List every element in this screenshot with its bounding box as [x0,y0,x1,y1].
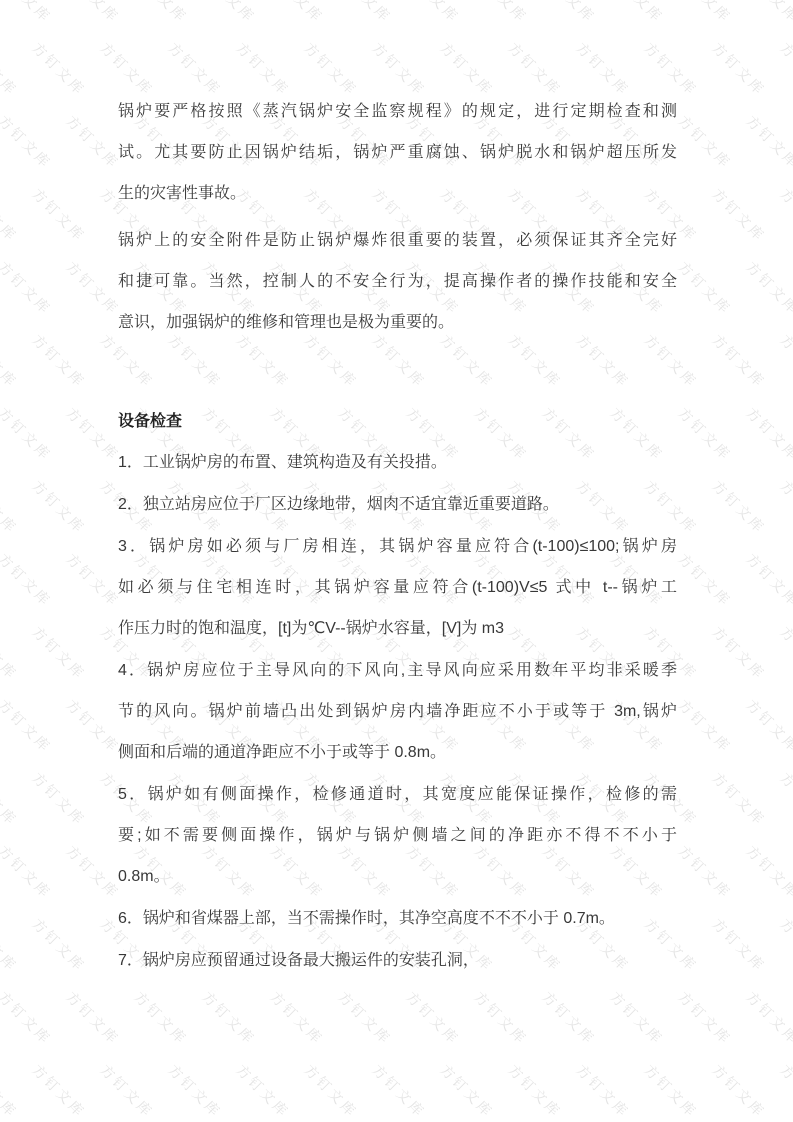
watermark-text: 方钉文库 [606,0,668,27]
text-line: 意识，加强锅炉的维修和管理也是极为重要的。 [118,302,677,343]
watermark-text: 方钉文库 [232,1060,294,1122]
list-item: 7．锅炉房应预留通过设备最大搬运件的安装孔洞， [118,940,677,981]
list-item: 2．独立站房应位于厂区边缘地带，烟肉不适宜靠近重要道路。 [118,484,677,525]
watermark-text: 方钉文库 [708,476,770,538]
watermark-text: 方钉文库 [0,184,22,246]
watermark-text: 方钉文库 [708,622,770,684]
paragraph: 锅炉上的安全附件是防止锅炉爆炸很重要的装置，必须保证其齐全完好和捷可靠。当然，控… [118,220,677,343]
watermark-text: 方钉文库 [28,38,90,100]
text-line: 2．独立站房应位于厂区边缘地带，烟肉不适宜靠近重要道路。 [118,484,677,525]
watermark-text: 方钉文库 [0,768,22,830]
watermark-text: 方钉文库 [28,476,90,538]
text-line: 节的风向。锅炉前墙凸出处到锅炉房内墙净距应不小于或等于 3m,锅炉 [118,691,677,732]
text-line: 侧面和后端的通道净距应不小于或等于 0.8m。 [118,732,677,773]
watermark-text: 方钉文库 [0,0,56,27]
watermark-text: 方钉文库 [742,111,793,173]
watermark-text: 方钉文库 [776,330,793,392]
watermark-text: 方钉文库 [776,38,793,100]
watermark-text: 方钉文库 [742,987,793,1049]
watermark-text: 方钉文库 [674,841,736,903]
list-item: 4．锅炉房应位于主导风向的下风向,主导风向应采用数年平均非采暖季节的风向。锅炉前… [118,650,677,773]
watermark-text: 方钉文库 [334,987,396,1049]
document-page: 方钉文库方钉文库方钉文库方钉文库方钉文库方钉文库方钉文库方钉文库方钉文库方钉文库… [0,0,793,1122]
watermark-text: 方钉文库 [0,1060,22,1122]
watermark-text: 方钉文库 [674,257,736,319]
watermark-text: 方钉文库 [674,0,736,27]
text-line: 生的灾害性事故。 [118,173,677,214]
list-item: 3．锅炉房如必须与厂房相连，其锅炉容量应符合(t-100)≤100;锅炉房如必须… [118,526,677,649]
watermark-text: 方钉文库 [470,0,532,27]
watermark-text: 方钉文库 [0,914,22,976]
watermark-text: 方钉文库 [28,184,90,246]
watermark-text: 方钉文库 [742,257,793,319]
watermark-text: 方钉文库 [0,38,22,100]
watermark-text: 方钉文库 [28,768,90,830]
watermark-text: 方钉文库 [538,987,600,1049]
watermark-text: 方钉文库 [708,914,770,976]
watermark-text: 方钉文库 [402,987,464,1049]
watermark-text: 方钉文库 [708,38,770,100]
watermark-text: 方钉文库 [742,403,793,465]
watermark-text: 方钉文库 [28,330,90,392]
watermark-text: 方钉文库 [368,1060,430,1122]
watermark-text: 方钉文库 [0,476,22,538]
text-line: 和捷可靠。当然，控制人的不安全行为，提高操作者的操作技能和安全 [118,261,677,302]
text-line: 1．工业锅炉房的布置、建筑构造及有关投措。 [118,442,677,483]
watermark-text: 方钉文库 [708,768,770,830]
document-content: 锅炉要严格按照《蒸汽锅炉安全监察规程》的规定，进行定期检查和测试。尤其要防止因锅… [118,91,677,982]
list-item: 6．锅炉和省煤器上部，当不需操作时，其净空高度不不不小于 0.7m。 [118,898,677,939]
list-item: 1．工业锅炉房的布置、建筑构造及有关投措。 [118,442,677,483]
watermark-text: 方钉文库 [0,695,56,757]
watermark-text: 方钉文库 [436,1060,498,1122]
watermark-text: 方钉文库 [130,0,192,27]
watermark-text: 方钉文库 [62,987,124,1049]
watermark-text: 方钉文库 [198,0,260,27]
text-line: 4．锅炉房应位于主导风向的下风向,主导风向应采用数年平均非采暖季 [118,650,677,691]
text-line: 锅炉上的安全附件是防止锅炉爆炸很重要的装置，必须保证其齐全完好 [118,220,677,261]
watermark-text: 方钉文库 [742,695,793,757]
watermark-text: 方钉文库 [606,987,668,1049]
text-line: 试。尤其要防止因锅炉结垢，锅炉严重腐蚀、锅炉脱水和锅炉超压所发 [118,132,677,173]
watermark-text: 方钉文库 [572,1060,634,1122]
watermark-text: 方钉文库 [470,987,532,1049]
watermark-text: 方钉文库 [674,403,736,465]
watermark-text: 方钉文库 [776,622,793,684]
watermark-text: 方钉文库 [266,987,328,1049]
watermark-text: 方钉文库 [62,549,124,611]
text-line: 作压力时的饱和温度，[t]为℃V--锅炉水容量，[V]为 m3 [118,608,677,649]
text-line: 要;如不需要侧面操作，锅炉与锅炉侧墙之间的净距亦不得不不小于 [118,815,677,856]
watermark-text: 方钉文库 [674,111,736,173]
watermark-text: 方钉文库 [504,1060,566,1122]
watermark-text: 方钉文库 [708,330,770,392]
text-line: 锅炉要严格按照《蒸汽锅炉安全监察规程》的规定，进行定期检查和测 [118,91,677,132]
watermark-text: 方钉文库 [62,695,124,757]
watermark-text: 方钉文库 [776,768,793,830]
text-line: 3．锅炉房如必须与厂房相连，其锅炉容量应符合(t-100)≤100;锅炉房 [118,526,677,567]
watermark-text: 方钉文库 [674,987,736,1049]
watermark-text: 方钉文库 [300,1060,362,1122]
text-line: 0.8m。 [118,856,677,897]
watermark-text: 方钉文库 [198,987,260,1049]
text-line: 7．锅炉房应预留通过设备最大搬运件的安装孔洞， [118,940,677,981]
watermark-text: 方钉文库 [538,0,600,27]
paragraph: 锅炉要严格按照《蒸汽锅炉安全监察规程》的规定，进行定期检查和测试。尤其要防止因锅… [118,91,677,214]
watermark-text: 方钉文库 [640,1060,702,1122]
watermark-text: 方钉文库 [62,841,124,903]
watermark-text: 方钉文库 [0,330,22,392]
watermark-text: 方钉文库 [742,0,793,27]
watermark-text: 方钉文库 [708,184,770,246]
text-line: 5．锅炉如有侧面操作，检修通道时，其宽度应能保证操作，检修的需 [118,774,677,815]
watermark-text: 方钉文库 [776,476,793,538]
section-heading: 设备检查 [118,401,677,442]
watermark-text: 方钉文库 [28,914,90,976]
watermark-text: 方钉文库 [776,184,793,246]
watermark-text: 方钉文库 [708,1060,770,1122]
watermark-text: 方钉文库 [0,841,56,903]
watermark-text: 方钉文库 [776,914,793,976]
watermark-text: 方钉文库 [402,0,464,27]
watermark-text: 方钉文库 [674,549,736,611]
watermark-text: 方钉文库 [742,549,793,611]
watermark-text: 方钉文库 [776,1060,793,1122]
watermark-text: 方钉文库 [62,403,124,465]
watermark-text: 方钉文库 [0,111,56,173]
watermark-text: 方钉文库 [62,257,124,319]
watermark-text: 方钉文库 [334,0,396,27]
watermark-text: 方钉文库 [130,987,192,1049]
watermark-text: 方钉文库 [62,0,124,27]
watermark-text: 方钉文库 [164,1060,226,1122]
watermark-text: 方钉文库 [28,622,90,684]
text-line: 6．锅炉和省煤器上部，当不需操作时，其净空高度不不不小于 0.7m。 [118,898,677,939]
watermark-text: 方钉文库 [742,841,793,903]
watermark-text: 方钉文库 [0,622,22,684]
watermark-text: 方钉文库 [28,1060,90,1122]
list-item: 5．锅炉如有侧面操作，检修通道时，其宽度应能保证操作，检修的需要;如不需要侧面操… [118,774,677,897]
watermark-text: 方钉文库 [0,549,56,611]
watermark-text: 方钉文库 [96,1060,158,1122]
watermark-text: 方钉文库 [62,111,124,173]
text-line: 如必须与住宅相连时，其锅炉容量应符合(t-100)V≤5 式中 t--锅炉工 [118,567,677,608]
watermark-text: 方钉文库 [0,257,56,319]
watermark-text: 方钉文库 [674,695,736,757]
text-line: 设备检查 [118,401,677,442]
watermark-text: 方钉文库 [0,403,56,465]
watermark-text: 方钉文库 [266,0,328,27]
watermark-text: 方钉文库 [0,987,56,1049]
